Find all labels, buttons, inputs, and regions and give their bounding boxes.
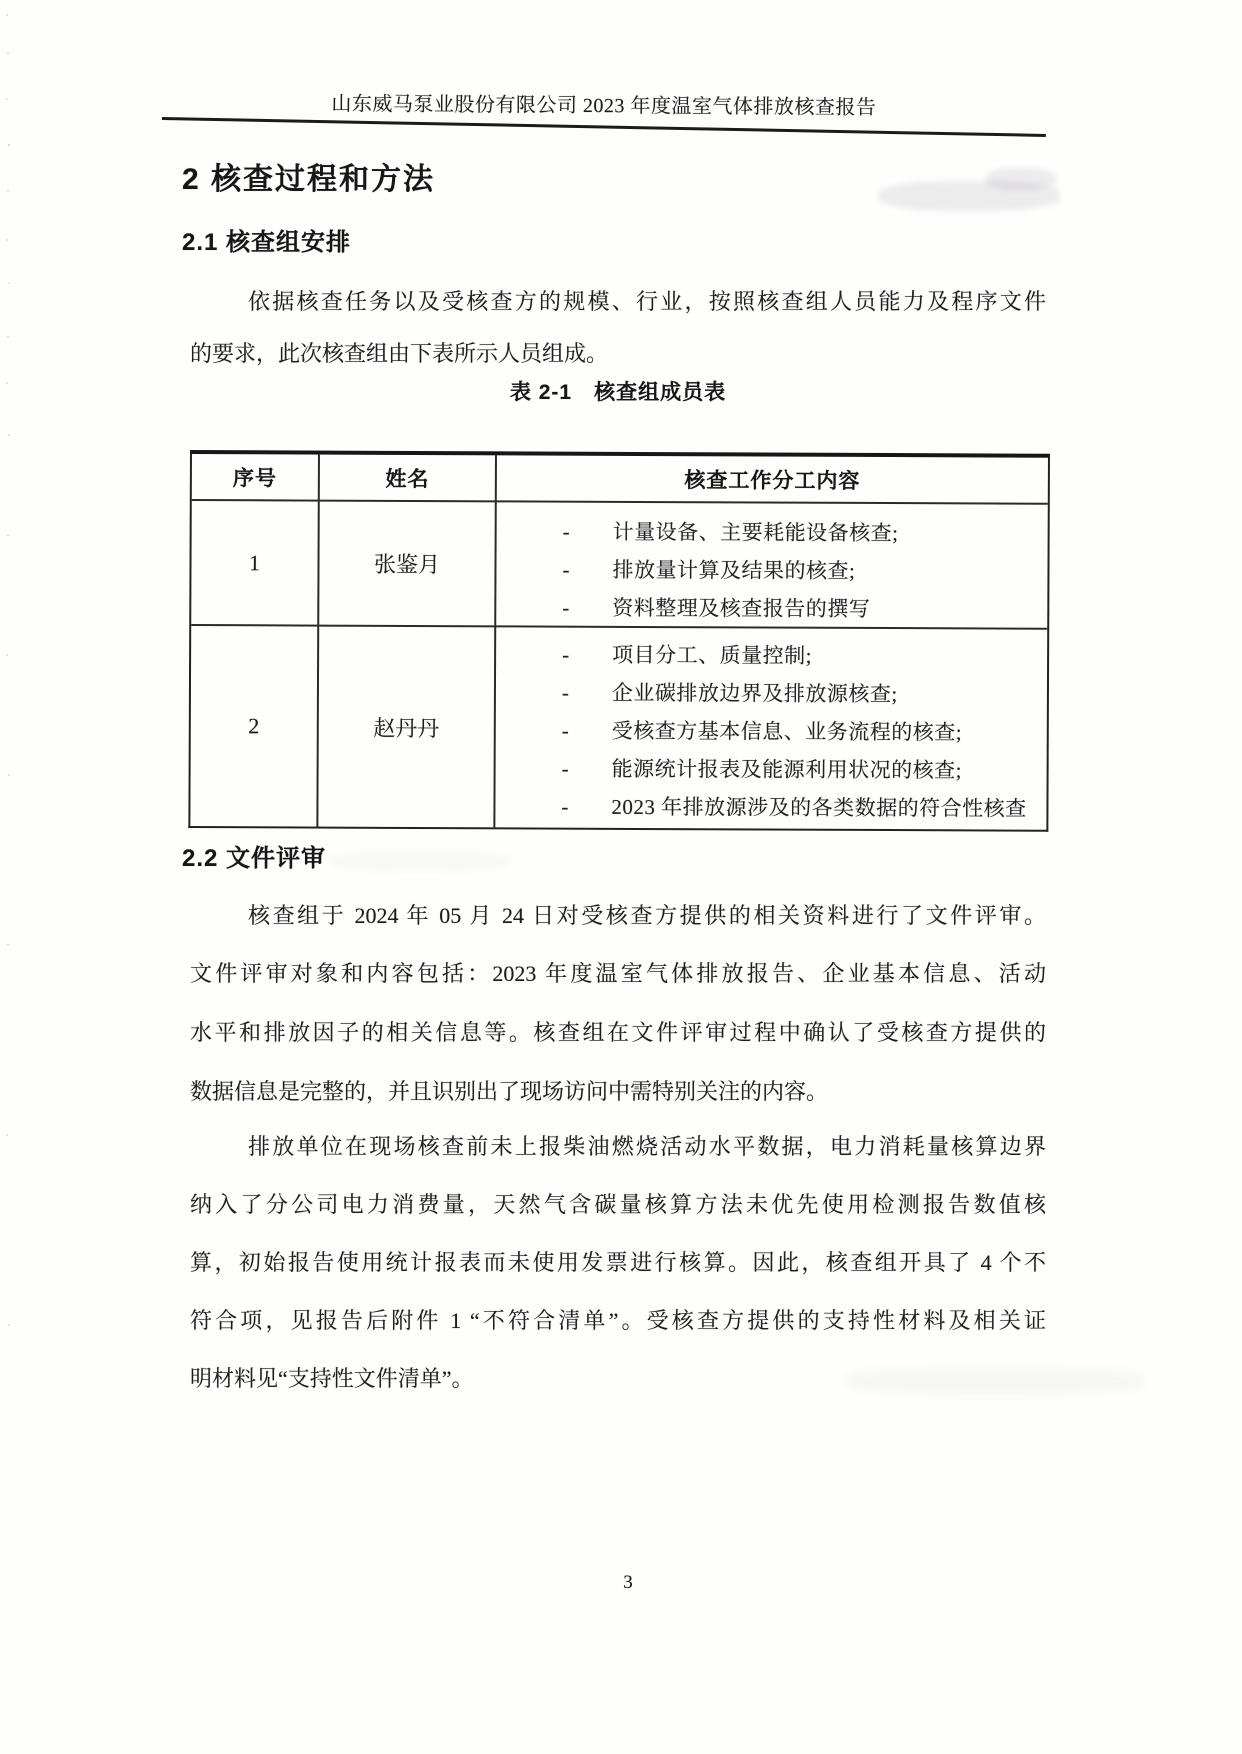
table-cell-name: 赵丹丹 (318, 627, 496, 828)
duty-line: - 2023 年排放源涉及的各类数据的符合性核查 (495, 787, 1046, 827)
paragraph-line: 核查组于 2024 年 05 月 24 日对受核查方提供的相关资料进行了文件评审… (190, 901, 1046, 931)
duty-text: 项目分工、质量控制; (574, 636, 812, 675)
bullet-dash: - (496, 749, 574, 787)
paragraph-line: 排放单位在现场核查前未上报柴油燃烧活动水平数据，电力消耗量核算边界 (190, 1132, 1046, 1162)
bullet-dash: - (495, 787, 573, 825)
duty-line: - 计量设备、主要耗能设备核查; (497, 512, 1048, 552)
bullet-dash: - (496, 673, 574, 711)
paragraph-line: 明材料见“支持性文件清单”。 (190, 1364, 1046, 1394)
scan-smudge (986, 168, 1056, 190)
table-cell-duties: - 计量设备、主要耗能设备核查; - 排放量计算及结果的核查; - 资料整理及核… (496, 502, 1048, 629)
duty-line: - 能源统计报表及能源利用状况的核查; (496, 749, 1047, 789)
paragraph-line: 文件评审对象和内容包括：2023 年度温室气体排放报告、企业基本信息、活动 (190, 959, 1046, 989)
table-cell-no: 1 (191, 501, 320, 627)
verification-team-table: 序号 姓名 核查工作分工内容 1 张鉴月 - 计量设备、主要耗能设备核查; - … (188, 450, 1050, 832)
duty-line: - 受核查方基本信息、业务流程的核查; (496, 711, 1047, 751)
duty-line: - 项目分工、质量控制; (496, 635, 1047, 675)
paragraph-line: 的要求，此次核查组由下表所示人员组成。 (190, 339, 1046, 369)
duty-text: 排放量计算及结果的核查; (574, 551, 855, 590)
paragraph-line: 数据信息是完整的，并且识别出了现场访问中需特别关注的内容。 (190, 1077, 1046, 1107)
scan-noise-dots (6, 14, 8, 16)
table-caption: 表 2-1 核查组成员表 (190, 376, 1046, 406)
paragraph-line: 水平和排放因子的相关信息等。核查组在文件评审过程中确认了受核查方提供的 (190, 1018, 1046, 1048)
duty-text: 2023 年排放源涉及的各类数据的符合性核查 (573, 788, 1026, 828)
running-header: 山东威马泵业股份有限公司 2023 年度温室气体排放核查报告 (158, 86, 1050, 121)
bullet-dash: - (496, 635, 574, 673)
duty-text: 企业碳排放边界及排放源核查; (574, 674, 898, 713)
duty-line: - 排放量计算及结果的核查; (496, 550, 1047, 590)
scan-smudge (330, 852, 510, 870)
bullet-dash: - (496, 711, 574, 749)
col-header-duties: 核查工作分工内容 (497, 455, 1048, 504)
section-2-2-title: 2.2 文件评审 (182, 838, 326, 873)
chapter-title: 2 核查过程和方法 (182, 154, 435, 198)
page-number: 3 (0, 1572, 1242, 1594)
bullet-dash: - (496, 550, 574, 588)
paragraph-line: 依据核查任务以及受核查方的规模、行业，按照核查组人员能力及程序文件 (190, 287, 1046, 317)
col-header-name: 姓名 (320, 455, 497, 503)
duty-line: - 资料整理及核查报告的撰写 (496, 588, 1047, 628)
duty-text: 能源统计报表及能源利用状况的核查; (574, 750, 963, 790)
table-cell-no: 2 (190, 626, 319, 827)
duty-text: 受核查方基本信息、业务流程的核查; (574, 712, 963, 752)
scanned-report-page: 山东威马泵业股份有限公司 2023 年度温室气体排放核查报告 2 核查过程和方法… (0, 0, 1242, 1754)
duty-text: 资料整理及核查报告的撰写 (574, 589, 870, 628)
section-2-1-title: 2.1 核查组安排 (182, 222, 351, 257)
table-cell-name: 张鉴月 (319, 502, 497, 628)
duty-text: 计量设备、主要耗能设备核查; (575, 513, 899, 552)
bullet-dash: - (497, 512, 575, 550)
paragraph-line: 纳入了分公司电力消费量，天然气含碳量核算方法未优先使用检测报告数值核 (190, 1190, 1046, 1220)
table-cell-duties: - 项目分工、质量控制; - 企业碳排放边界及排放源核查; - 受核查方基本信息… (495, 627, 1047, 829)
paragraph-line: 算，初始报告使用统计报表而未使用发票进行核算。因此，核查组开具了 4 个不 (190, 1248, 1046, 1278)
paragraph-line: 符合项，见报告后附件 1 “不符合清单”。受核查方提供的支持性材料及相关证 (190, 1306, 1046, 1336)
col-header-no: 序号 (192, 454, 320, 502)
bullet-dash: - (496, 588, 574, 626)
duty-line: - 企业碳排放边界及排放源核查; (496, 673, 1047, 713)
